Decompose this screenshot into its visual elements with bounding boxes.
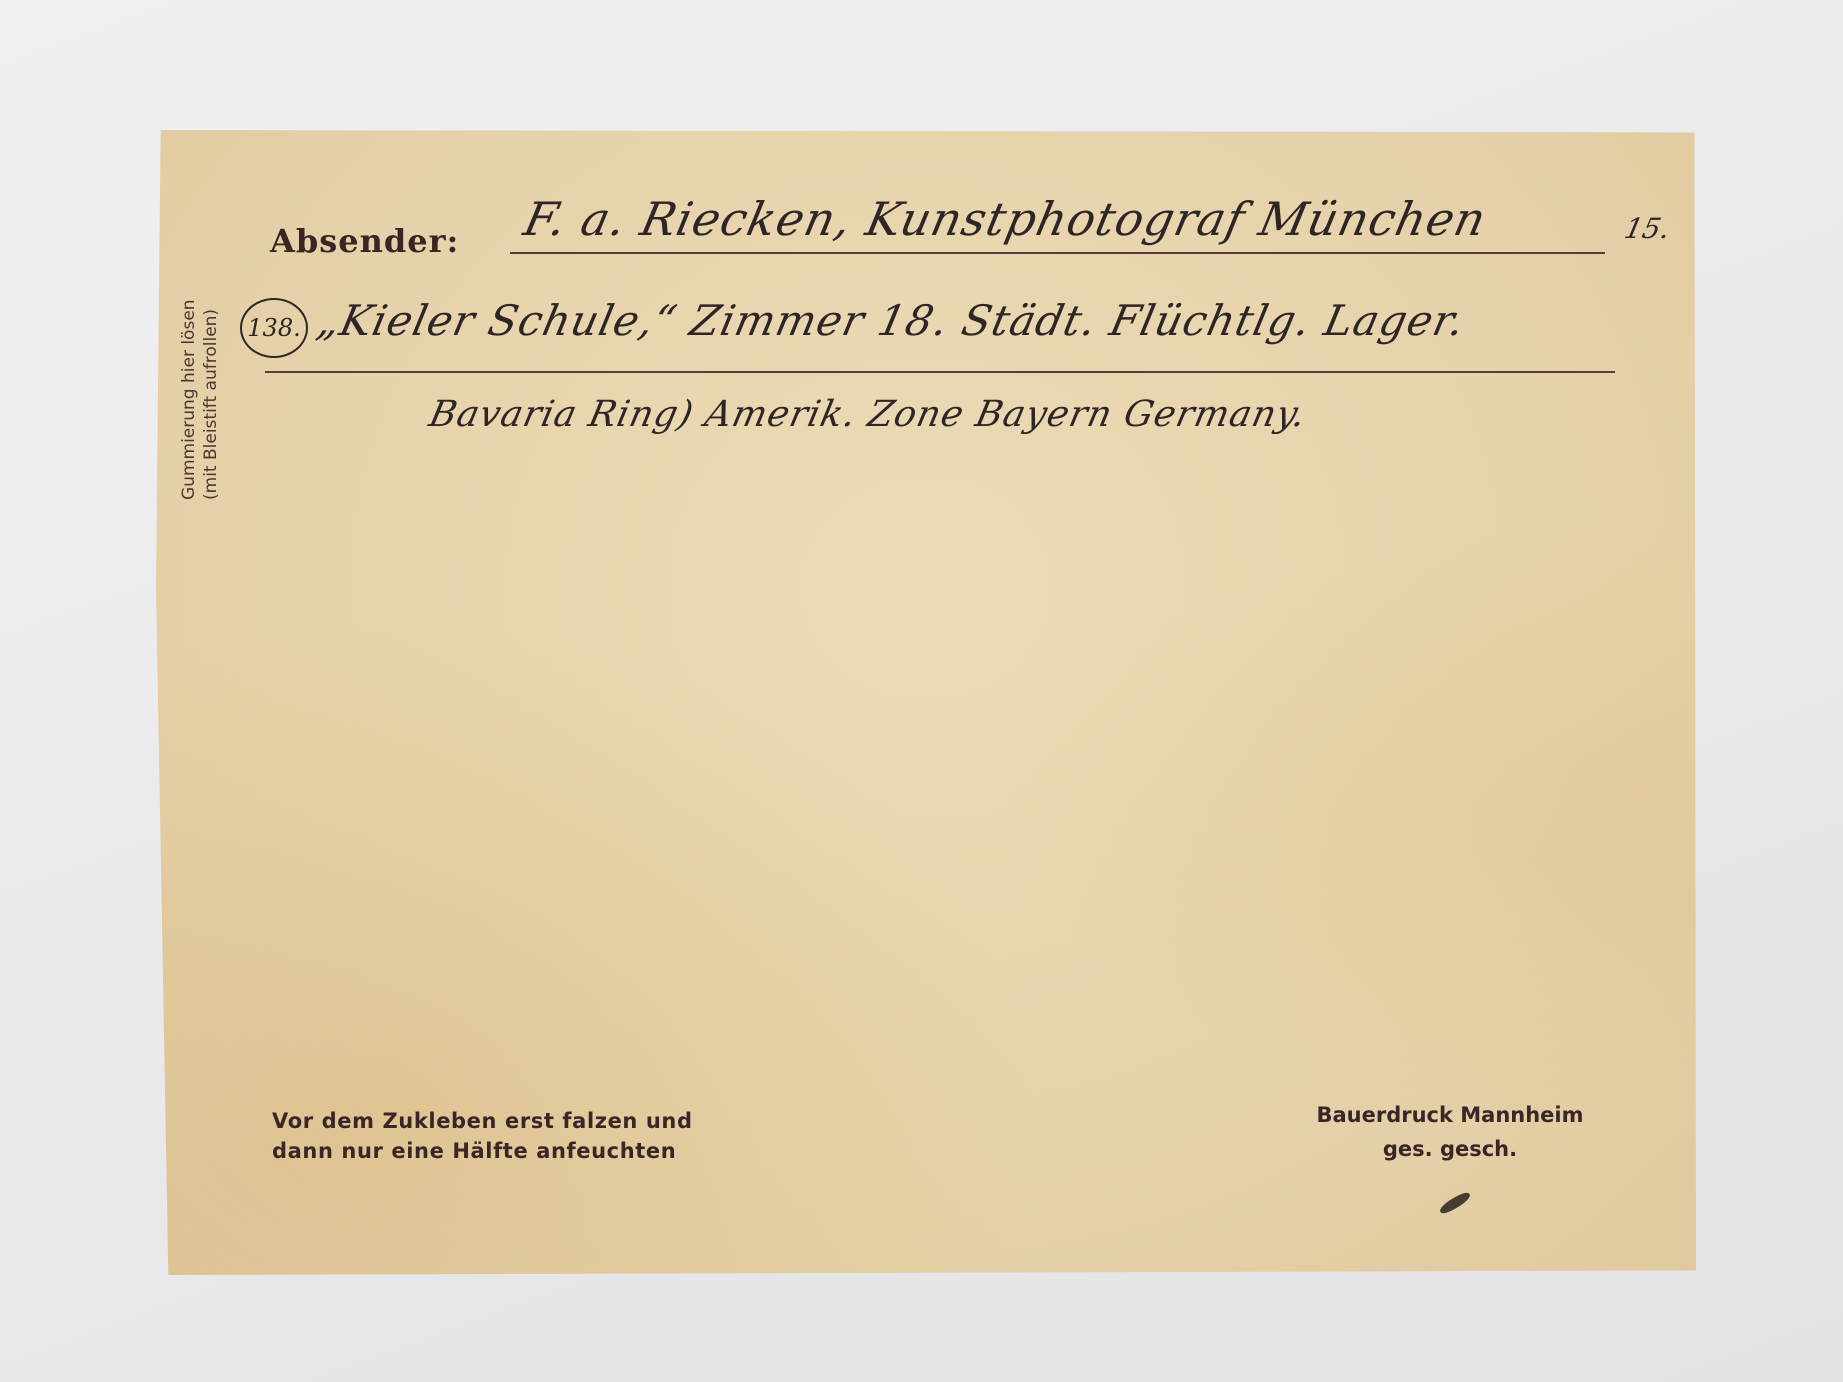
printer-protection-note: ges. gesch.: [1290, 1132, 1610, 1166]
gum-instruction-line-1: Gummierung hier lösen: [178, 299, 200, 500]
gum-instruction-vertical: Gummierung hier lösen (mit Bleistift auf…: [178, 299, 222, 500]
sender-name-line: F. a. Riecken, Kunstphotograf München: [519, 192, 1491, 246]
sender-label: Absender:: [270, 222, 459, 260]
sender-underline-1: [510, 252, 1605, 254]
gum-instruction-line-2: (mit Bleistift aufrollen): [200, 299, 222, 500]
printer-imprint: Bauerdruck Mannheim ges. gesch.: [1290, 1098, 1610, 1166]
sealing-instruction-line-2: dann nur eine Hälfte anfeuchten: [272, 1136, 693, 1166]
circled-room-number: 138.: [240, 298, 308, 358]
sender-underline-2: [265, 371, 1615, 373]
sealing-instructions: Vor dem Zukleben erst falzen und dann nu…: [272, 1106, 693, 1166]
printer-name: Bauerdruck Mannheim: [1290, 1098, 1610, 1132]
sender-region-line: Bavaria Ring) Amerik. Zone Bayern German…: [426, 394, 1310, 435]
sealing-instruction-line-1: Vor dem Zukleben erst falzen und: [272, 1106, 693, 1136]
sender-address-line: „Kieler Schule,“ Zimmer 18. Städt. Flüch…: [313, 296, 1470, 345]
sender-postal-district: 15.: [1621, 212, 1673, 245]
